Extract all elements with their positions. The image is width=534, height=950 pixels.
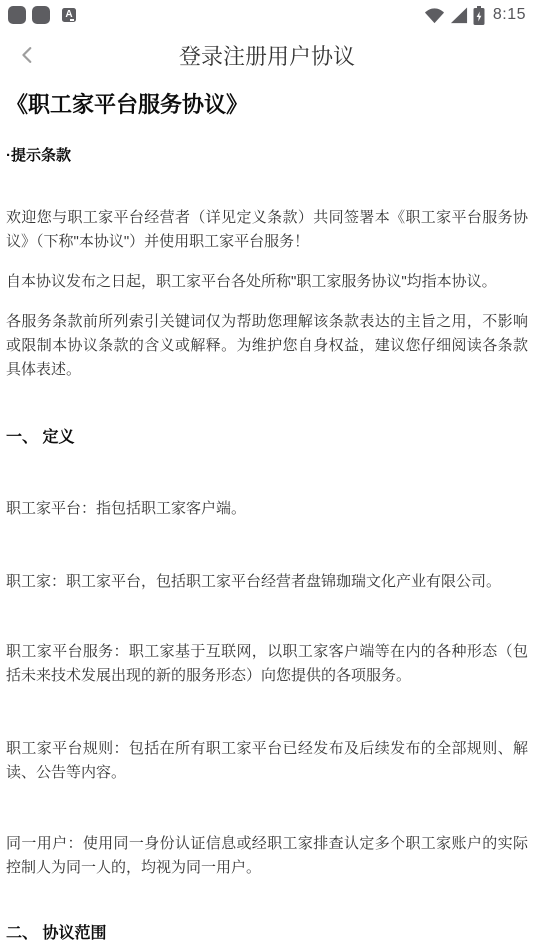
section-heading-definitions: 一、 定义 — [6, 427, 528, 448]
section-heading-scope: 二、 协议范围 — [6, 923, 528, 944]
paragraph-definition-platform: 职工家平台：指包括职工家客户端。 — [6, 497, 528, 521]
app-notification-icon — [8, 6, 26, 24]
letter-a-badge-icon: A — [62, 8, 76, 22]
status-bar-system: 8:15 — [424, 6, 526, 25]
app-notification-icon — [32, 6, 50, 24]
page-title: 登录注册用户协议 — [0, 40, 534, 71]
status-bar-notifications: A — [8, 6, 76, 24]
battery-charging-icon — [473, 6, 485, 25]
back-button[interactable] — [12, 39, 44, 71]
nav-bar: 登录注册用户协议 — [0, 30, 534, 80]
paragraph-definition-same-user: 同一用户：使用同一身份认证信息或经职工家排查认定多个职工家账户的实际控制人为同一… — [6, 832, 528, 880]
clock-time: 8:15 — [493, 6, 526, 24]
app-screen: A 8:15 — [0, 0, 534, 950]
cellular-signal-icon — [450, 7, 468, 24]
status-bar: A 8:15 — [0, 0, 534, 30]
chevron-left-icon — [17, 44, 39, 66]
notice-clause-heading: ·提示条款 — [6, 146, 528, 166]
paragraph-definition-services: 职工家平台服务：职工家基于互联网，以职工家客户端等在内的各种形态（包括未来技术发… — [6, 640, 528, 688]
wifi-icon — [424, 7, 445, 24]
paragraph-definition-rules: 职工家平台规则：包括在所有职工家平台已经发布及后续发布的全部规则、解读、公告等内… — [6, 737, 528, 785]
paragraph-index-keywords: 各服务条款前所列索引关键词仅为帮助您理解该条款表达的主旨之用，不影响或限制本协议… — [6, 310, 528, 382]
paragraph-definition-zhigongjia: 职工家：职工家平台，包括职工家平台经营者盘锦珈瑞文化产业有限公司。 — [6, 570, 528, 594]
paragraph-effective-date: 自本协议发布之日起，职工家平台各处所称"职工家服务协议"均指本协议。 — [6, 270, 528, 294]
agreement-title: 《职工家平台服务协议》 — [6, 90, 528, 119]
paragraph-welcome: 欢迎您与职工家平台经营者（详见定义条款）共同签署本《职工家平台服务协议》（下称"… — [6, 206, 528, 254]
agreement-content[interactable]: 《职工家平台服务协议》 ·提示条款 欢迎您与职工家平台经营者（详见定义条款）共同… — [0, 80, 534, 950]
